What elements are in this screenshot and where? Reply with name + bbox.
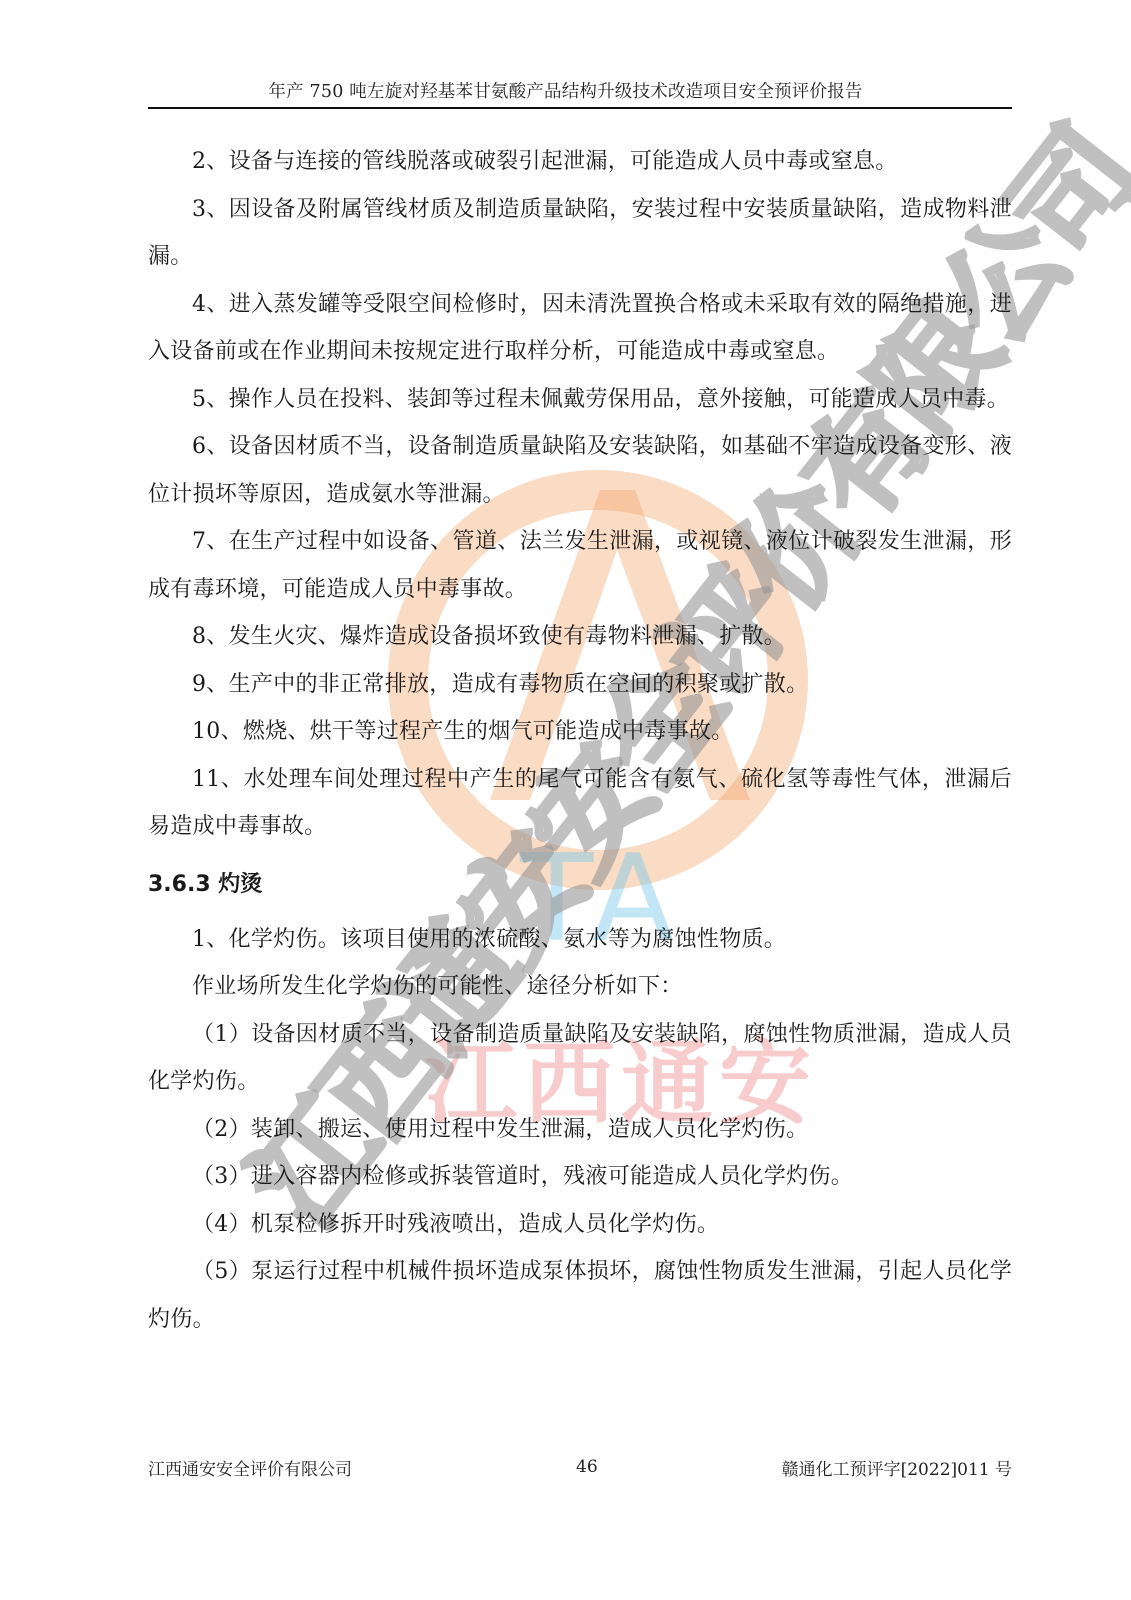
toxic-item-4: 4、进入蒸发罐等受限空间检修时，因未清洗置换合格或未采取有效的隔绝措施，进入设备… (148, 281, 1012, 376)
toxic-item-3: 3、因设备及附属管线材质及制造质量缺陷，安装过程中安装质量缺陷，造成物料泄漏。 (148, 186, 1012, 281)
document-page: TA 江西通安 江西通安安全评价有限公司 年产 750 吨左旋对羟基苯甘氨酸产品… (0, 0, 1131, 1600)
toxic-item-11: 11、水处理车间处理过程中产生的尾气可能含有氨气、硫化氢等毒性气体，泄漏后易造成… (148, 756, 1012, 851)
toxic-item-9: 9、生产中的非正常排放，造成有毒物质在空间的积聚或扩散。 (148, 661, 1012, 709)
page-number: 46 (576, 1457, 598, 1477)
toxic-item-10: 10、燃烧、烘干等过程产生的烟气可能造成中毒事故。 (148, 708, 1012, 756)
burn-item-2: （2）装卸、搬运、使用过程中发生泄漏，造成人员化学灼伤。 (148, 1106, 1012, 1154)
toxic-item-6: 6、设备因材质不当，设备制造质量缺陷及安装缺陷，如基础不牢造成设备变形、液位计损… (148, 423, 1012, 518)
burn-item-1: （1）设备因材质不当，设备制造质量缺陷及安装缺陷，腐蚀性物质泄漏，造成人员化学灼… (148, 1011, 1012, 1106)
burn-intro: 1、化学灼伤。该项目使用的浓硫酸、氨水等为腐蚀性物质。 (148, 916, 1012, 964)
document-body: 2、设备与连接的管线脱落或破裂引起泄漏，可能造成人员中毒或窒息。 3、因设备及附… (148, 138, 1012, 1343)
burn-item-4: （4）机泵检修拆开时残液喷出，造成人员化学灼伤。 (148, 1201, 1012, 1249)
toxic-item-2: 2、设备与连接的管线脱落或破裂引起泄漏，可能造成人员中毒或窒息。 (148, 138, 1012, 186)
page-header-title: 年产 750 吨左旋对羟基苯甘氨酸产品结构升级技术改造项目安全预评价报告 (0, 78, 1131, 103)
toxic-item-8: 8、发生火灾、爆炸造成设备损坏致使有毒物料泄漏、扩散。 (148, 613, 1012, 661)
header-divider (148, 107, 1012, 109)
toxic-item-7: 7、在生产过程中如设备、管道、法兰发生泄漏，或视镜、液位计破裂发生泄漏，形成有毒… (148, 518, 1012, 613)
section-heading: 3.6.3 灼烫 (148, 861, 1012, 908)
report-number: 赣通化工预评字[2022]011 号 (782, 1455, 1012, 1480)
burn-item-5: （5）泵运行过程中机械件损坏造成泵体损坏，腐蚀性物质发生泄漏，引起人员化学灼伤。 (148, 1248, 1012, 1343)
page-footer: 江西通安安全评价有限公司 46 赣通化工预评字[2022]011 号 (148, 1455, 1012, 1485)
toxic-item-5: 5、操作人员在投料、装卸等过程未佩戴劳保用品，意外接触，可能造成人员中毒。 (148, 376, 1012, 424)
burn-item-3: （3）进入容器内检修或拆装管道时，残液可能造成人员化学灼伤。 (148, 1153, 1012, 1201)
footer-company: 江西通安安全评价有限公司 (148, 1455, 352, 1480)
burn-analysis-intro: 作业场所发生化学灼伤的可能性、途径分析如下： (148, 963, 1012, 1011)
